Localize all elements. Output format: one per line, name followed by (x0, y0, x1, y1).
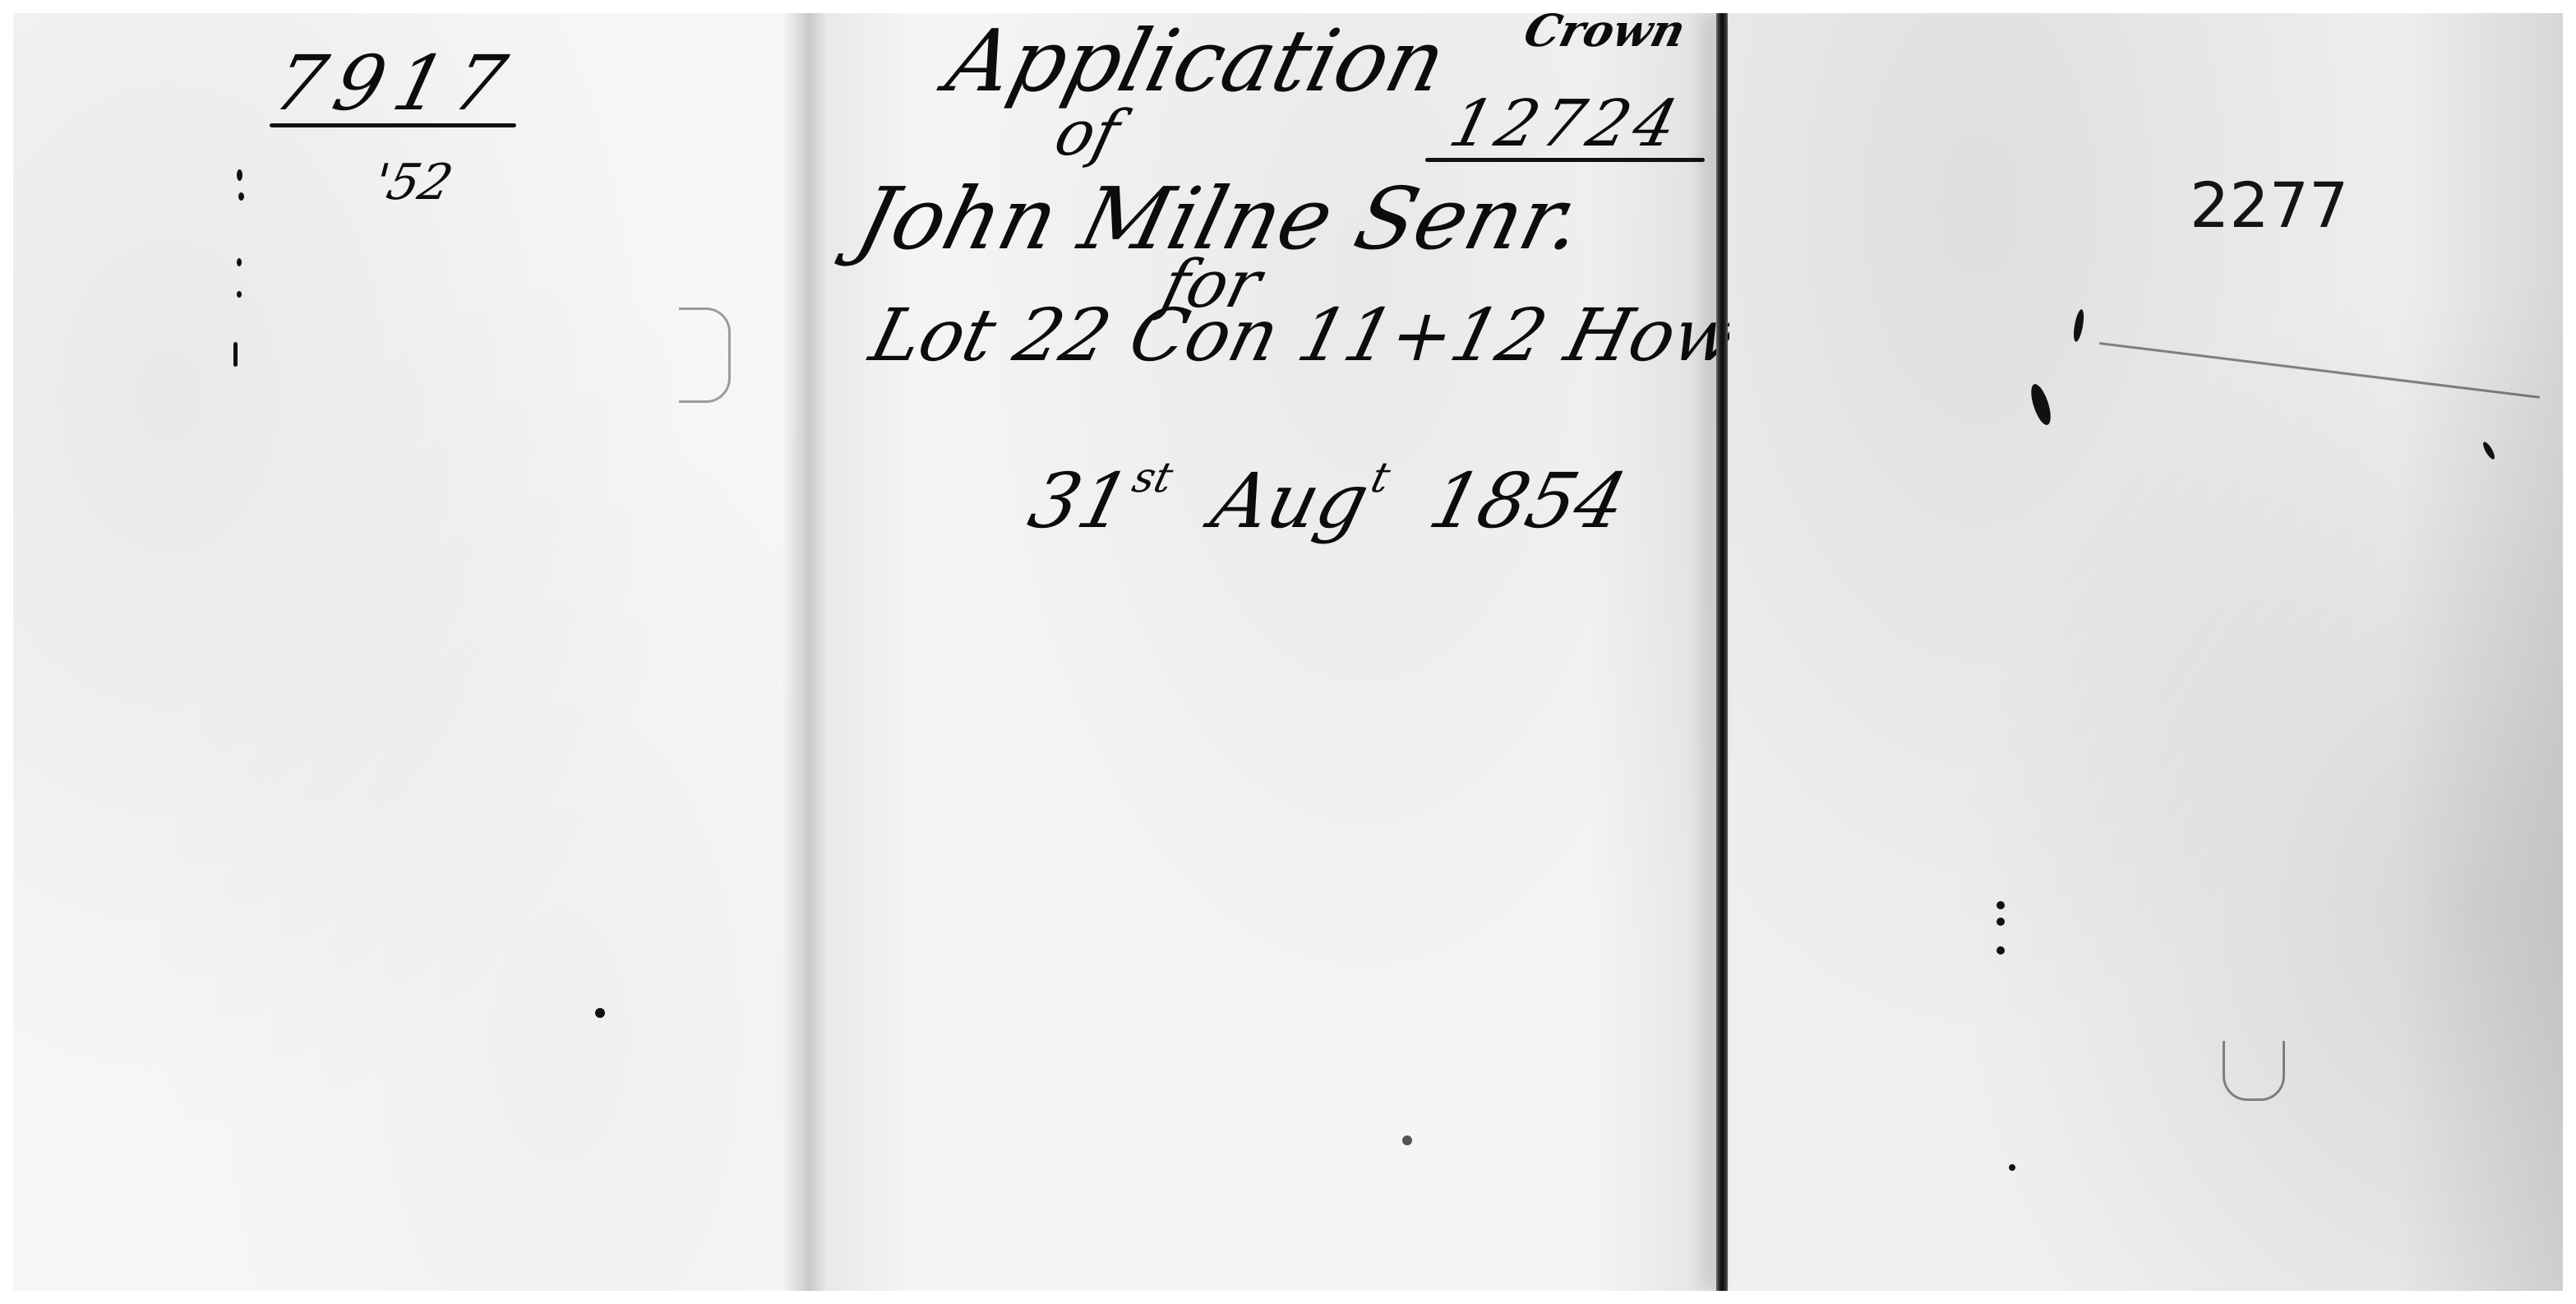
date-year: 1854 (1421, 457, 1636, 545)
ink-mark (2072, 308, 2086, 342)
margin-mark (237, 291, 242, 298)
application-number-underline (1425, 158, 1705, 162)
of-label: of (1050, 102, 1126, 164)
center-panel: Application Crown of 12724 John Milne Se… (827, 13, 1723, 1291)
left-panel: 7917 '52 (13, 13, 794, 1291)
document-scan: 7917 '52 Application Crown of 12724 John… (13, 13, 2563, 1291)
ink-dot (1402, 1135, 1412, 1145)
stamped-number: 2277 (2190, 174, 2348, 237)
file-number: 7917 (267, 46, 524, 122)
application-title: Application (939, 18, 1454, 104)
margin-mark (233, 342, 238, 367)
ink-blot (2027, 381, 2054, 427)
ink-dot (2009, 1164, 2015, 1171)
margin-mark (238, 192, 244, 201)
ink-mark (1997, 901, 2005, 909)
ink-dot (595, 1008, 605, 1018)
date-day: 31 (1021, 457, 1139, 545)
ink-mark (1997, 918, 2005, 926)
file-number-underline (270, 123, 516, 127)
file-sub-number: '52 (369, 158, 458, 207)
right-panel: 2277 (1729, 13, 2563, 1291)
ink-mark (1997, 946, 2005, 955)
paper-crease (2099, 342, 2540, 399)
date-month: Aug (1203, 457, 1377, 545)
property-description: Lot 22 Con 11+12 Howick (864, 299, 1853, 372)
faint-bracket-mark (679, 308, 731, 403)
fold-spine-line (1716, 13, 1728, 1291)
fold-shadow (782, 13, 827, 1291)
application-number: 12724 (1443, 92, 1688, 156)
application-date: 31st Augt 1854 (1023, 457, 1636, 539)
margin-mark (237, 169, 242, 181)
margin-mark (237, 258, 242, 266)
crown-annotation: Crown (1520, 13, 1690, 53)
ink-mark (2481, 441, 2497, 461)
faint-u-mark (2223, 1041, 2285, 1101)
